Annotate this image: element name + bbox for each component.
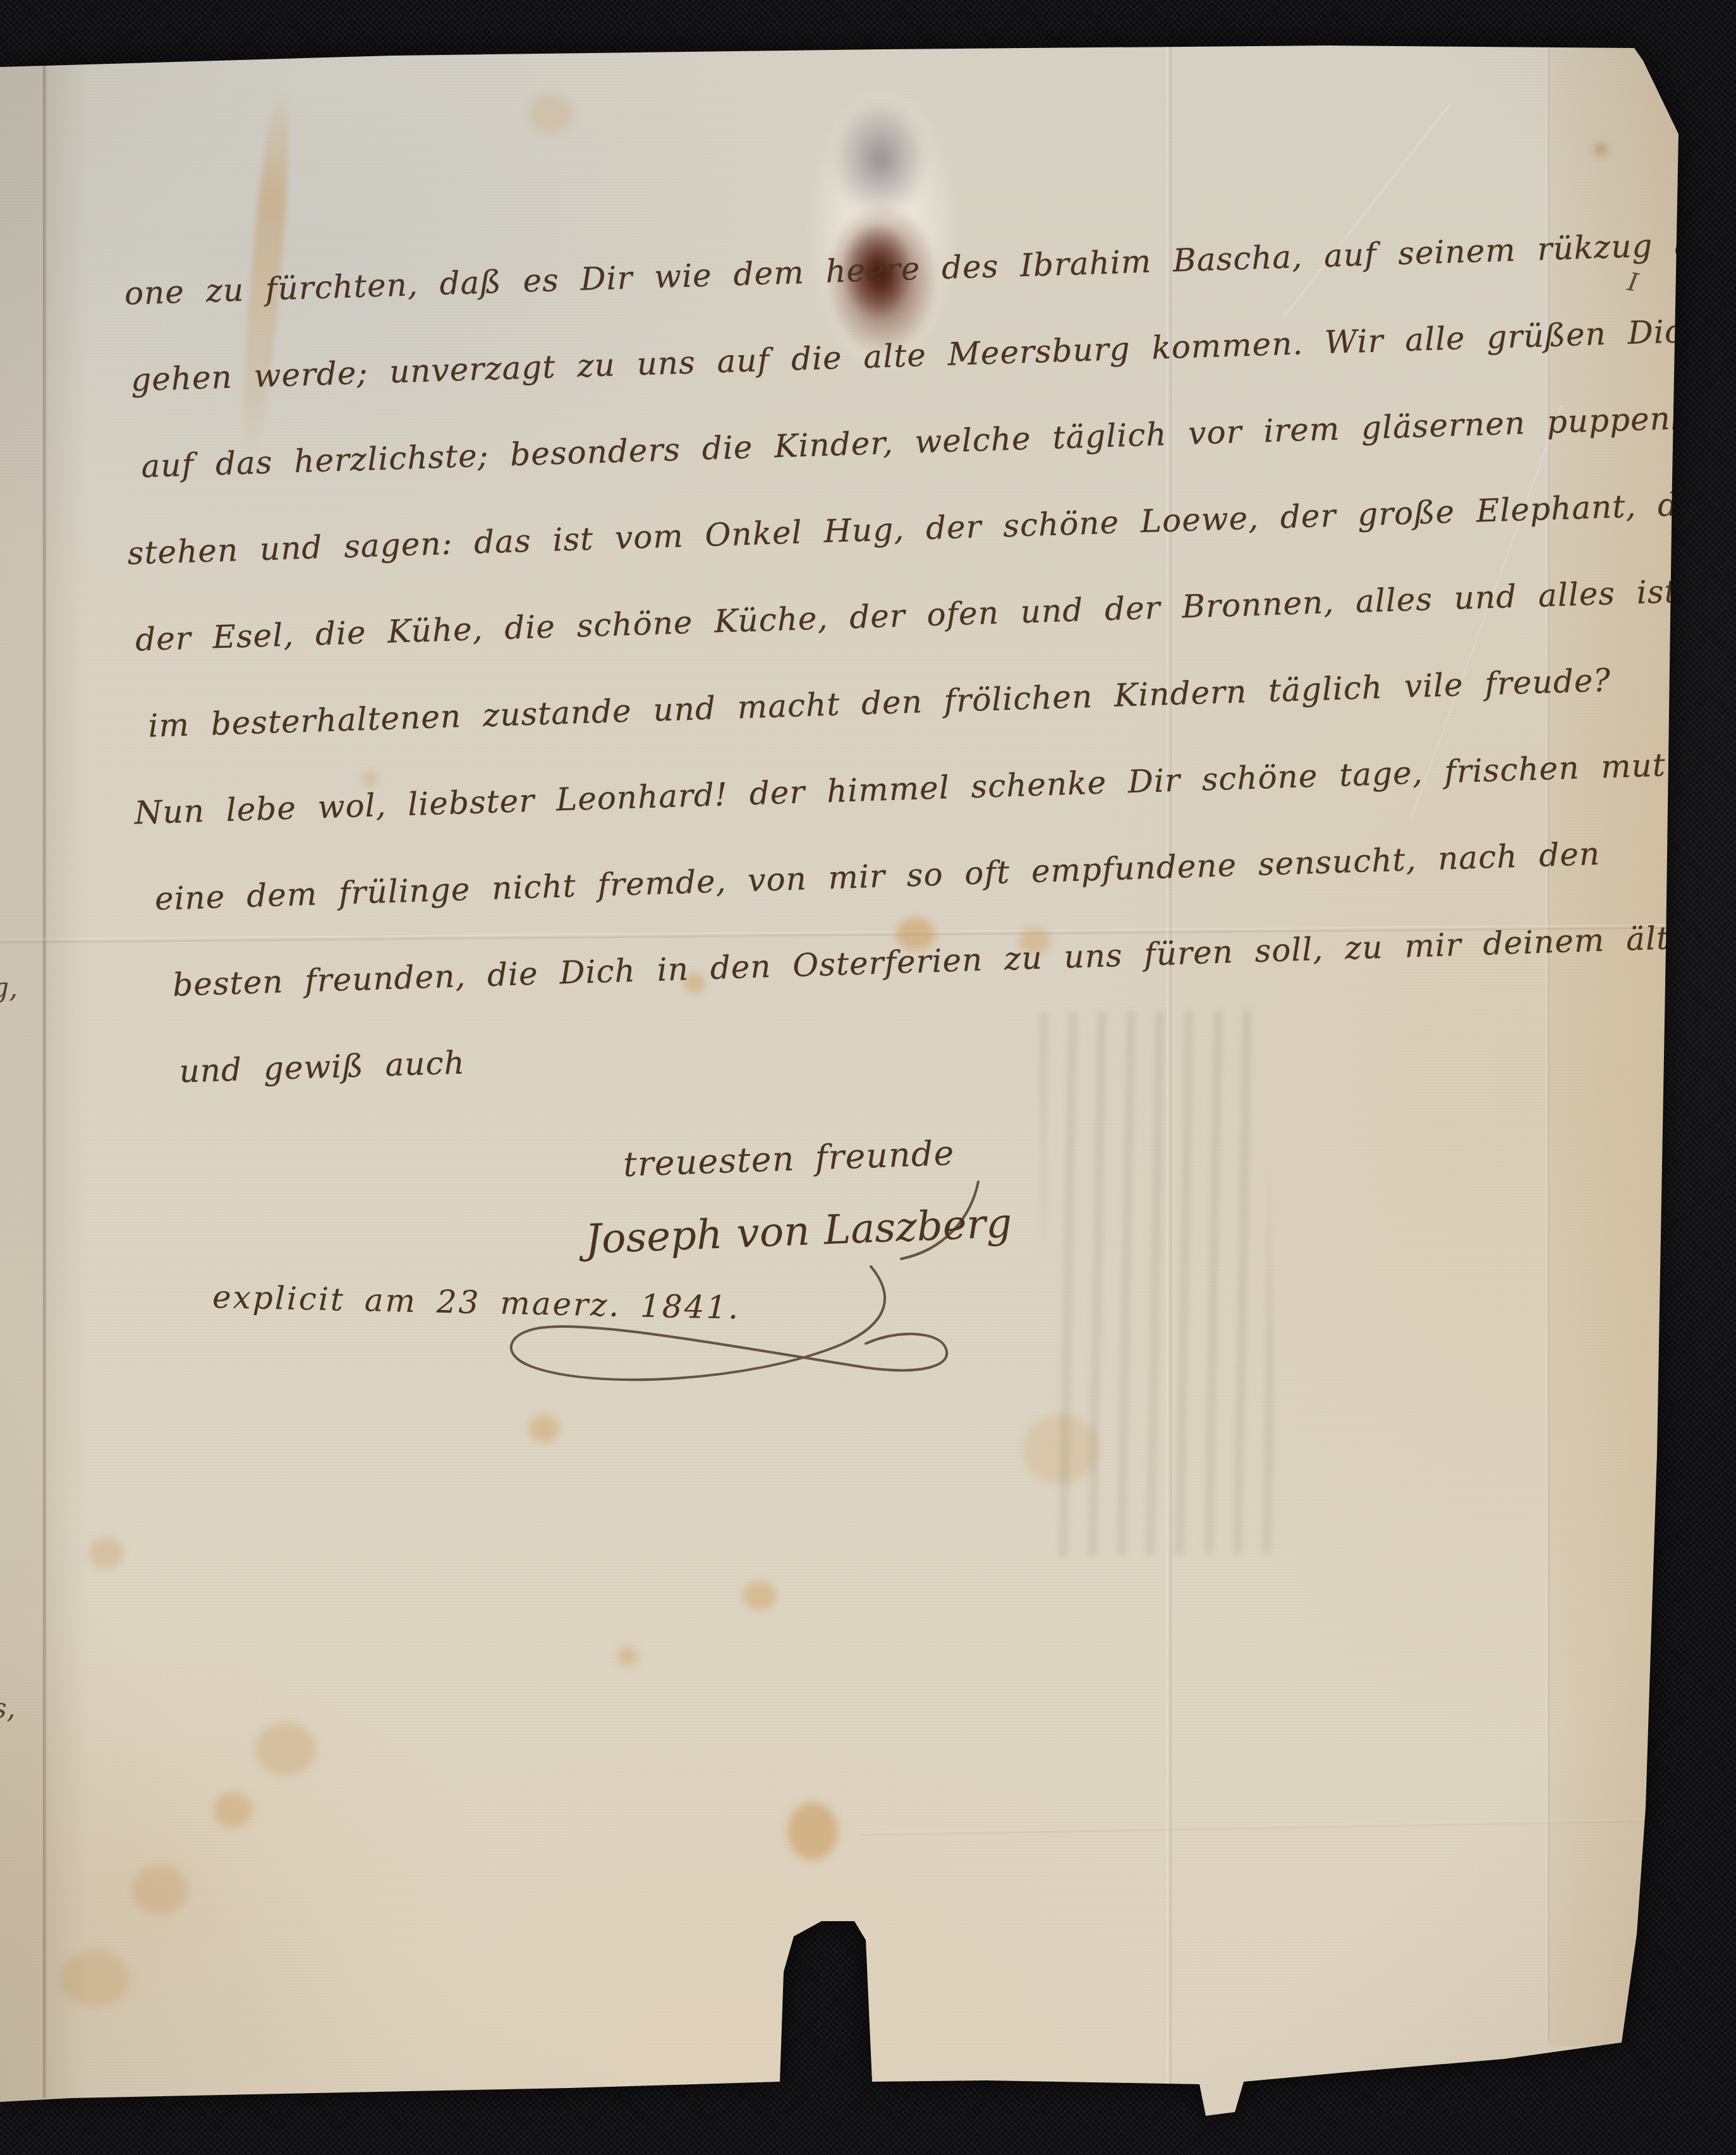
foxing-spot (255, 1723, 316, 1776)
seal-stain-gray-blob (833, 100, 928, 220)
left-page-edge-fold (43, 61, 47, 2098)
foxing-spot (617, 1647, 638, 1666)
foxing-spot (88, 1537, 124, 1569)
foxing-spot (528, 95, 573, 133)
edge-ink-fragment: g, (0, 972, 18, 1004)
edge-ink-fragment: s, (0, 1692, 16, 1725)
letter-body: one zu fürchten, daß es Dir wie dem heer… (118, 221, 1736, 1141)
foxing-spot (131, 1864, 188, 1915)
signature-flourish (487, 1255, 980, 1400)
closing-tail-flourish (890, 1177, 991, 1272)
foxing-spot (214, 1792, 253, 1828)
letter-page: one zu fürchten, daß es Dir wie dem heer… (0, 0, 1736, 2155)
foxing-spot (61, 1950, 130, 2007)
lower-horizontal-crease (859, 1818, 1656, 1836)
foxing-spot (743, 1581, 776, 1610)
foxing-spot (528, 1414, 560, 1442)
paper-sheet-wrapper: one zu fürchten, daß es Dir wie dem heer… (0, 0, 1736, 2155)
photograph-of-letter: one zu fürchten, daß es Dir wie dem heer… (0, 0, 1736, 2155)
foxing-spot (1595, 144, 1606, 154)
foxing-spot (787, 1802, 838, 1861)
